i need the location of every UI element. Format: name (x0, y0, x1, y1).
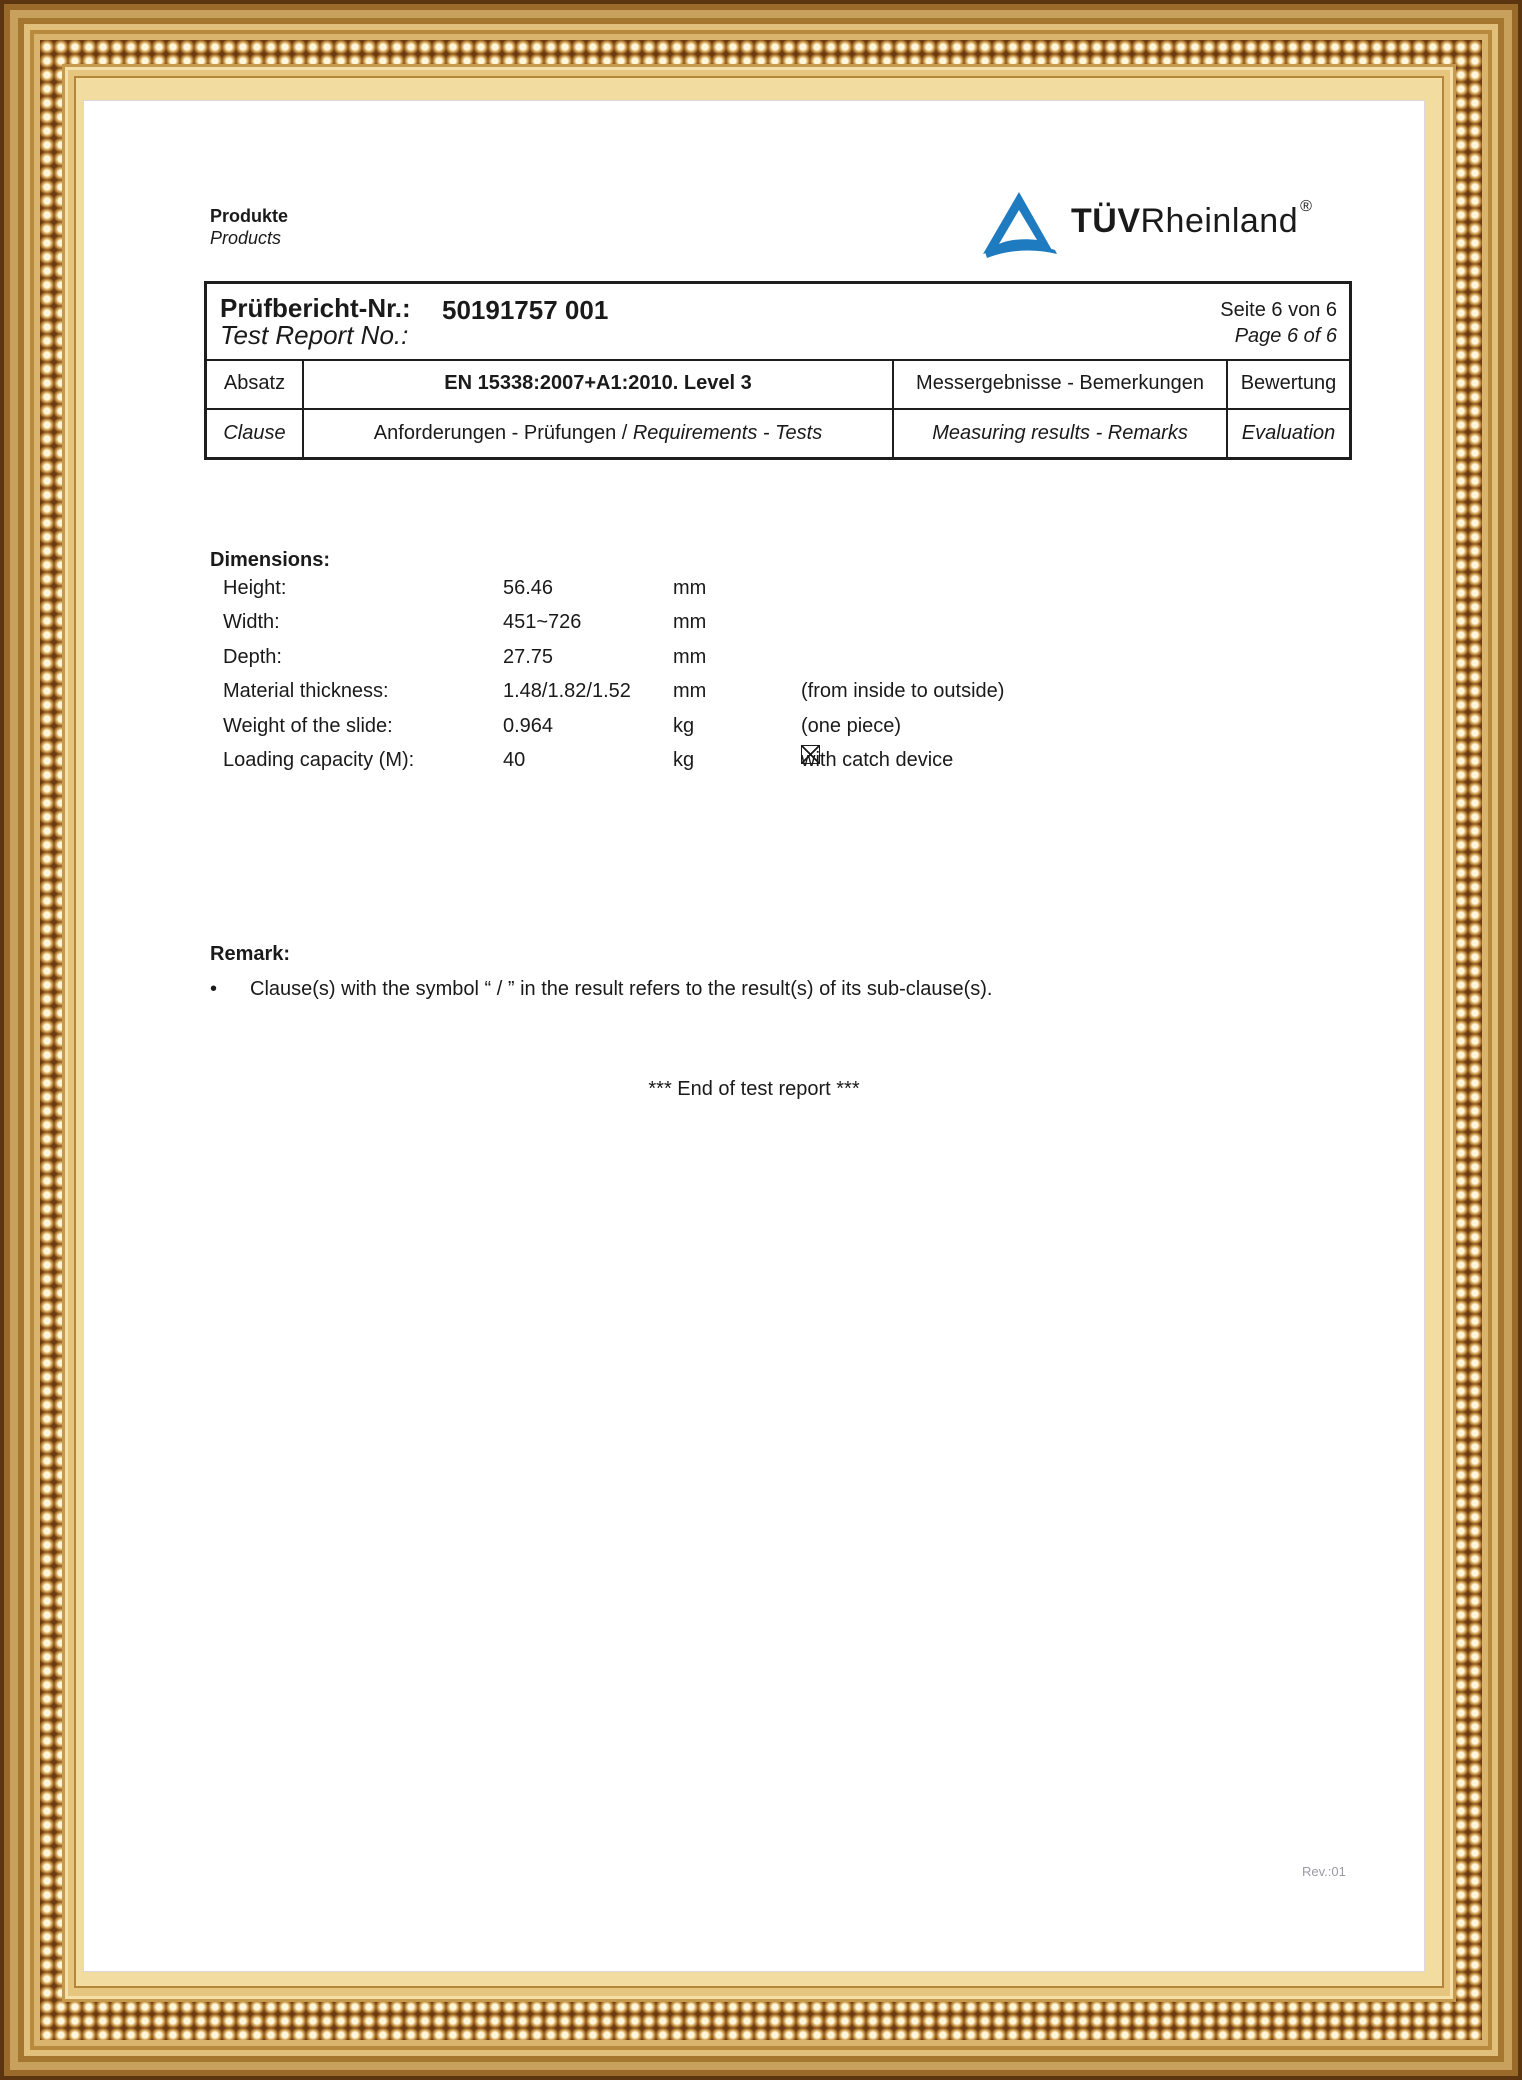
report-number: 50191757 001 (442, 295, 608, 326)
dimension-label: Height: (223, 573, 286, 603)
col-clause-en: Clause (207, 410, 302, 457)
report-header-top: Prüfbericht-Nr.: Test Report No.: 501917… (207, 284, 1349, 361)
dimension-unit: kg (673, 745, 694, 775)
dimension-label: Material thickness: (223, 676, 389, 706)
dimension-note: (one piece) (801, 711, 901, 741)
dimension-value: 56.46 (503, 573, 553, 603)
dimension-row: Depth:27.75mm (223, 642, 1123, 672)
bullet-icon: • (210, 974, 217, 1004)
dimension-value: 0.964 (503, 711, 553, 741)
header-row-english: Clause Anforderungen - Prüfungen / Requi… (207, 410, 1349, 457)
report-header-table: Prüfbericht-Nr.: Test Report No.: 501917… (204, 281, 1352, 460)
col-evaluation-de: Bewertung (1228, 359, 1349, 408)
table-divider (1226, 359, 1228, 457)
report-number-label: Prüfbericht-Nr.: Test Report No.: (220, 295, 411, 349)
report-page: Produkte Products TÜVRheinland® Prüfberi… (83, 100, 1425, 1972)
tuv-triangle-icon (981, 188, 1061, 260)
table-divider (302, 359, 304, 457)
remark-title: Remark: (210, 943, 290, 966)
col-clause-de: Absatz (207, 359, 302, 408)
dimension-label: Weight of the slide: (223, 711, 393, 741)
end-of-report: *** End of test report *** (83, 1078, 1425, 1101)
dimension-label: Width: (223, 607, 280, 637)
page-indicator: Seite 6 von 6 Page 6 of 6 (1220, 297, 1337, 349)
dimension-row: Width:451~726mm (223, 607, 1123, 637)
tuv-rheinland-logo: TÜVRheinland® (981, 188, 1451, 260)
dimension-label: Depth: (223, 642, 282, 672)
dimension-value: 27.75 (503, 642, 553, 672)
revision-label: Rev.:01 (1302, 1864, 1346, 1879)
dimension-value: 1.48/1.82/1.52 (503, 676, 631, 706)
dimension-value: 40 (503, 745, 525, 775)
dimension-value: 451~726 (503, 607, 581, 637)
col-requirements: Anforderungen - Prüfungen / Requirements… (304, 410, 892, 457)
col-evaluation-en: Evaluation (1228, 410, 1349, 457)
dimension-note: with catch device (801, 745, 953, 775)
dimension-row: Weight of the slide:0.964kg(one piece) (223, 711, 1123, 741)
logo-wordmark: TÜVRheinland® (1071, 202, 1312, 241)
dimension-label: Loading capacity (M): (223, 745, 414, 775)
col-results-de: Messergebnisse - Bemerkungen (894, 359, 1226, 408)
dimension-note: (from inside to outside) (801, 676, 1004, 706)
table-divider (892, 359, 894, 457)
col-results-en: Measuring results - Remarks (894, 410, 1226, 457)
checked-box-icon (801, 745, 820, 764)
dimension-row: Material thickness:1.48/1.82/1.52mm(from… (223, 676, 1123, 706)
col-standard: EN 15338:2007+A1:2010. Level 3 (304, 359, 892, 408)
dimension-row: Height:56.46mm (223, 573, 1123, 603)
dimension-unit: kg (673, 711, 694, 741)
section-label-de: Produkte (210, 205, 288, 227)
remark-text: Clause(s) with the symbol “ / ” in the r… (250, 974, 992, 1004)
dimension-unit: mm (673, 642, 706, 672)
dimension-unit: mm (673, 607, 706, 637)
dimensions-title: Dimensions: (210, 549, 330, 572)
header-row-german: Absatz EN 15338:2007+A1:2010. Level 3 Me… (207, 359, 1349, 410)
dimension-row: Loading capacity (M):40kgwith catch devi… (223, 745, 1123, 775)
section-label: Produkte Products (210, 205, 288, 249)
dimension-unit: mm (673, 676, 706, 706)
section-label-en: Products (210, 227, 288, 249)
dimension-unit: mm (673, 573, 706, 603)
